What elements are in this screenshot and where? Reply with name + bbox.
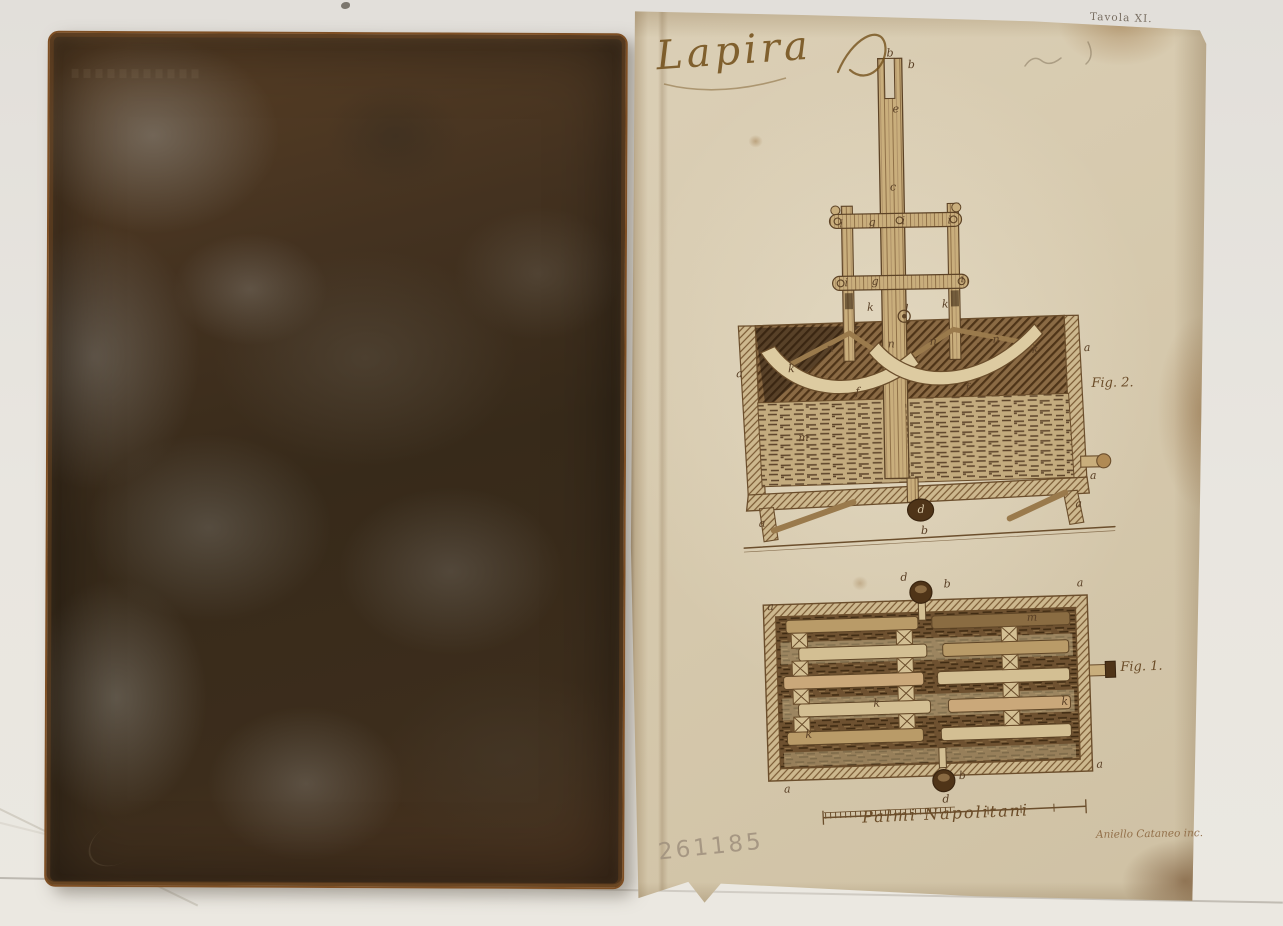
- paper-fragment-speck: [341, 2, 350, 9]
- copper-printing-plate: [44, 31, 628, 890]
- printed-plate-paper: [628, 6, 1208, 908]
- plate-header-caption: Tavola XI.: [1090, 11, 1153, 25]
- plate-scratch-mark: [80, 810, 154, 875]
- plate-engraved-inscription: [72, 69, 202, 79]
- engraver-credit: Aniello Cataneo inc.: [1096, 827, 1203, 841]
- photograph-stage: bbecigiiigiklknnnnkkffaamaaadb Fig. 2.: [0, 0, 1283, 926]
